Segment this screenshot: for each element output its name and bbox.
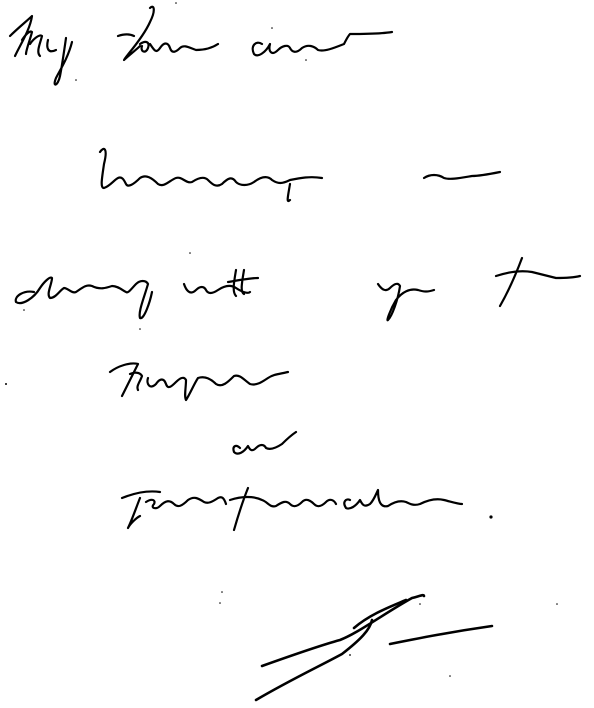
handwriting-strokes (0, 0, 594, 708)
line-5-strokes (233, 432, 296, 454)
signature-strokes (256, 595, 492, 700)
handwritten-note: My love and blessings are always with yo… (0, 0, 594, 708)
line-3-strokes (16, 258, 580, 320)
line-4-strokes (110, 363, 288, 400)
line-2-strokes (100, 149, 500, 201)
line-6-strokes (122, 488, 493, 530)
line-1-strokes (10, 7, 392, 85)
scan-speckles (5, 2, 558, 677)
